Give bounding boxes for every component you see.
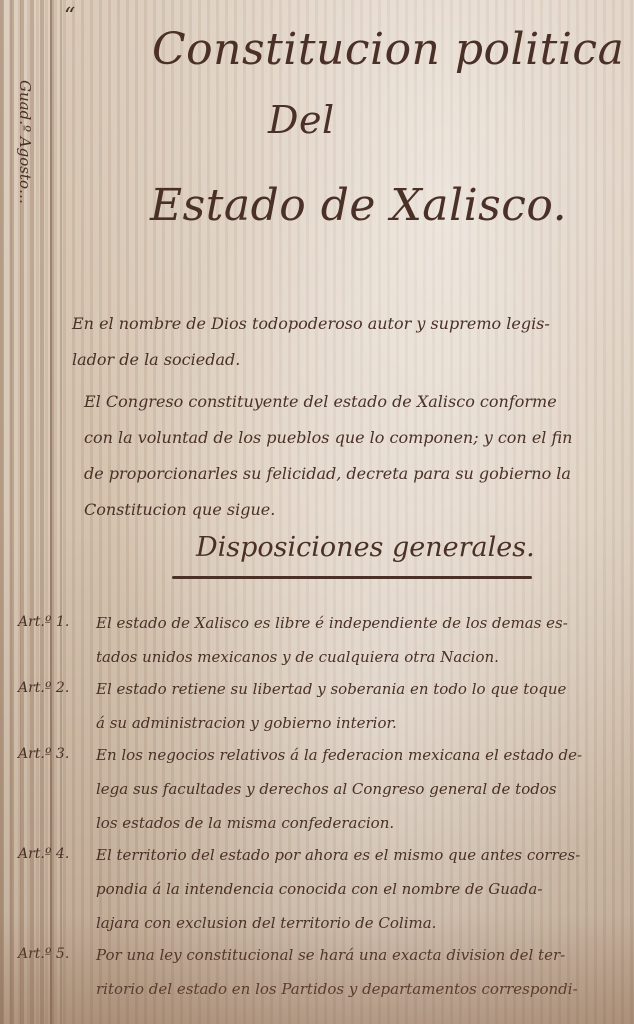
preamble: En el nombre de Dios todopoderoso autor …: [72, 306, 550, 378]
decree-line: con la voluntad de los pueblos que lo co…: [84, 420, 572, 456]
article-line: pondia á la intendencia conocida con el …: [96, 872, 580, 906]
article-number: Art.º 4.: [18, 846, 69, 862]
article-line: En los negocios relativos á la federacio…: [96, 738, 582, 772]
article-text: El estado de Xalisco es libre é independ…: [96, 606, 568, 674]
article-line: tados unidos mexicanos y de cualquiera o…: [96, 640, 568, 674]
decree-line: Constitucion que sigue.: [84, 492, 572, 528]
margin-note: Guad.º Agosto…: [16, 80, 34, 204]
title-line-1: Constitucion politica: [152, 24, 624, 75]
article-text: En los negocios relativos á la federacio…: [96, 738, 582, 840]
section-underline: [172, 576, 532, 579]
article-line: lega sus facultades y derechos al Congre…: [96, 772, 582, 806]
decree-paragraph: El Congreso constituyente del estado de …: [84, 384, 572, 528]
article-line: á su administracion y gobierno interior.: [96, 706, 566, 740]
article-text: El estado retiene su libertad y soberani…: [96, 672, 566, 740]
manuscript-page: “ Guad.º Agosto… Constitucion politica D…: [0, 0, 634, 1024]
article-number: Art.º 1.: [18, 614, 69, 630]
opening-quote-mark: “: [64, 4, 75, 29]
decree-line: de proporcionarles su felicidad, decreta…: [84, 456, 572, 492]
article-line: El territorio del estado por ahora es el…: [96, 838, 580, 872]
page-bottom-shadow: [0, 914, 634, 1024]
article-number: Art.º 3.: [18, 746, 69, 762]
article-number: Art.º 2.: [18, 680, 69, 696]
decree-line: El Congreso constituyente del estado de …: [84, 384, 572, 420]
article-line: El estado retiene su libertad y soberani…: [96, 672, 566, 706]
margin-rule: [50, 0, 52, 1024]
article-line: los estados de la misma confederacion.: [96, 806, 582, 840]
preamble-line: En el nombre de Dios todopoderoso autor …: [72, 306, 550, 342]
title-line-2: Del: [268, 98, 335, 142]
title-line-3: Estado de Xalisco.: [150, 180, 567, 231]
article-line: El estado de Xalisco es libre é independ…: [96, 606, 568, 640]
section-heading: Disposiciones generales.: [196, 532, 535, 563]
preamble-line: lador de la sociedad.: [72, 342, 550, 378]
